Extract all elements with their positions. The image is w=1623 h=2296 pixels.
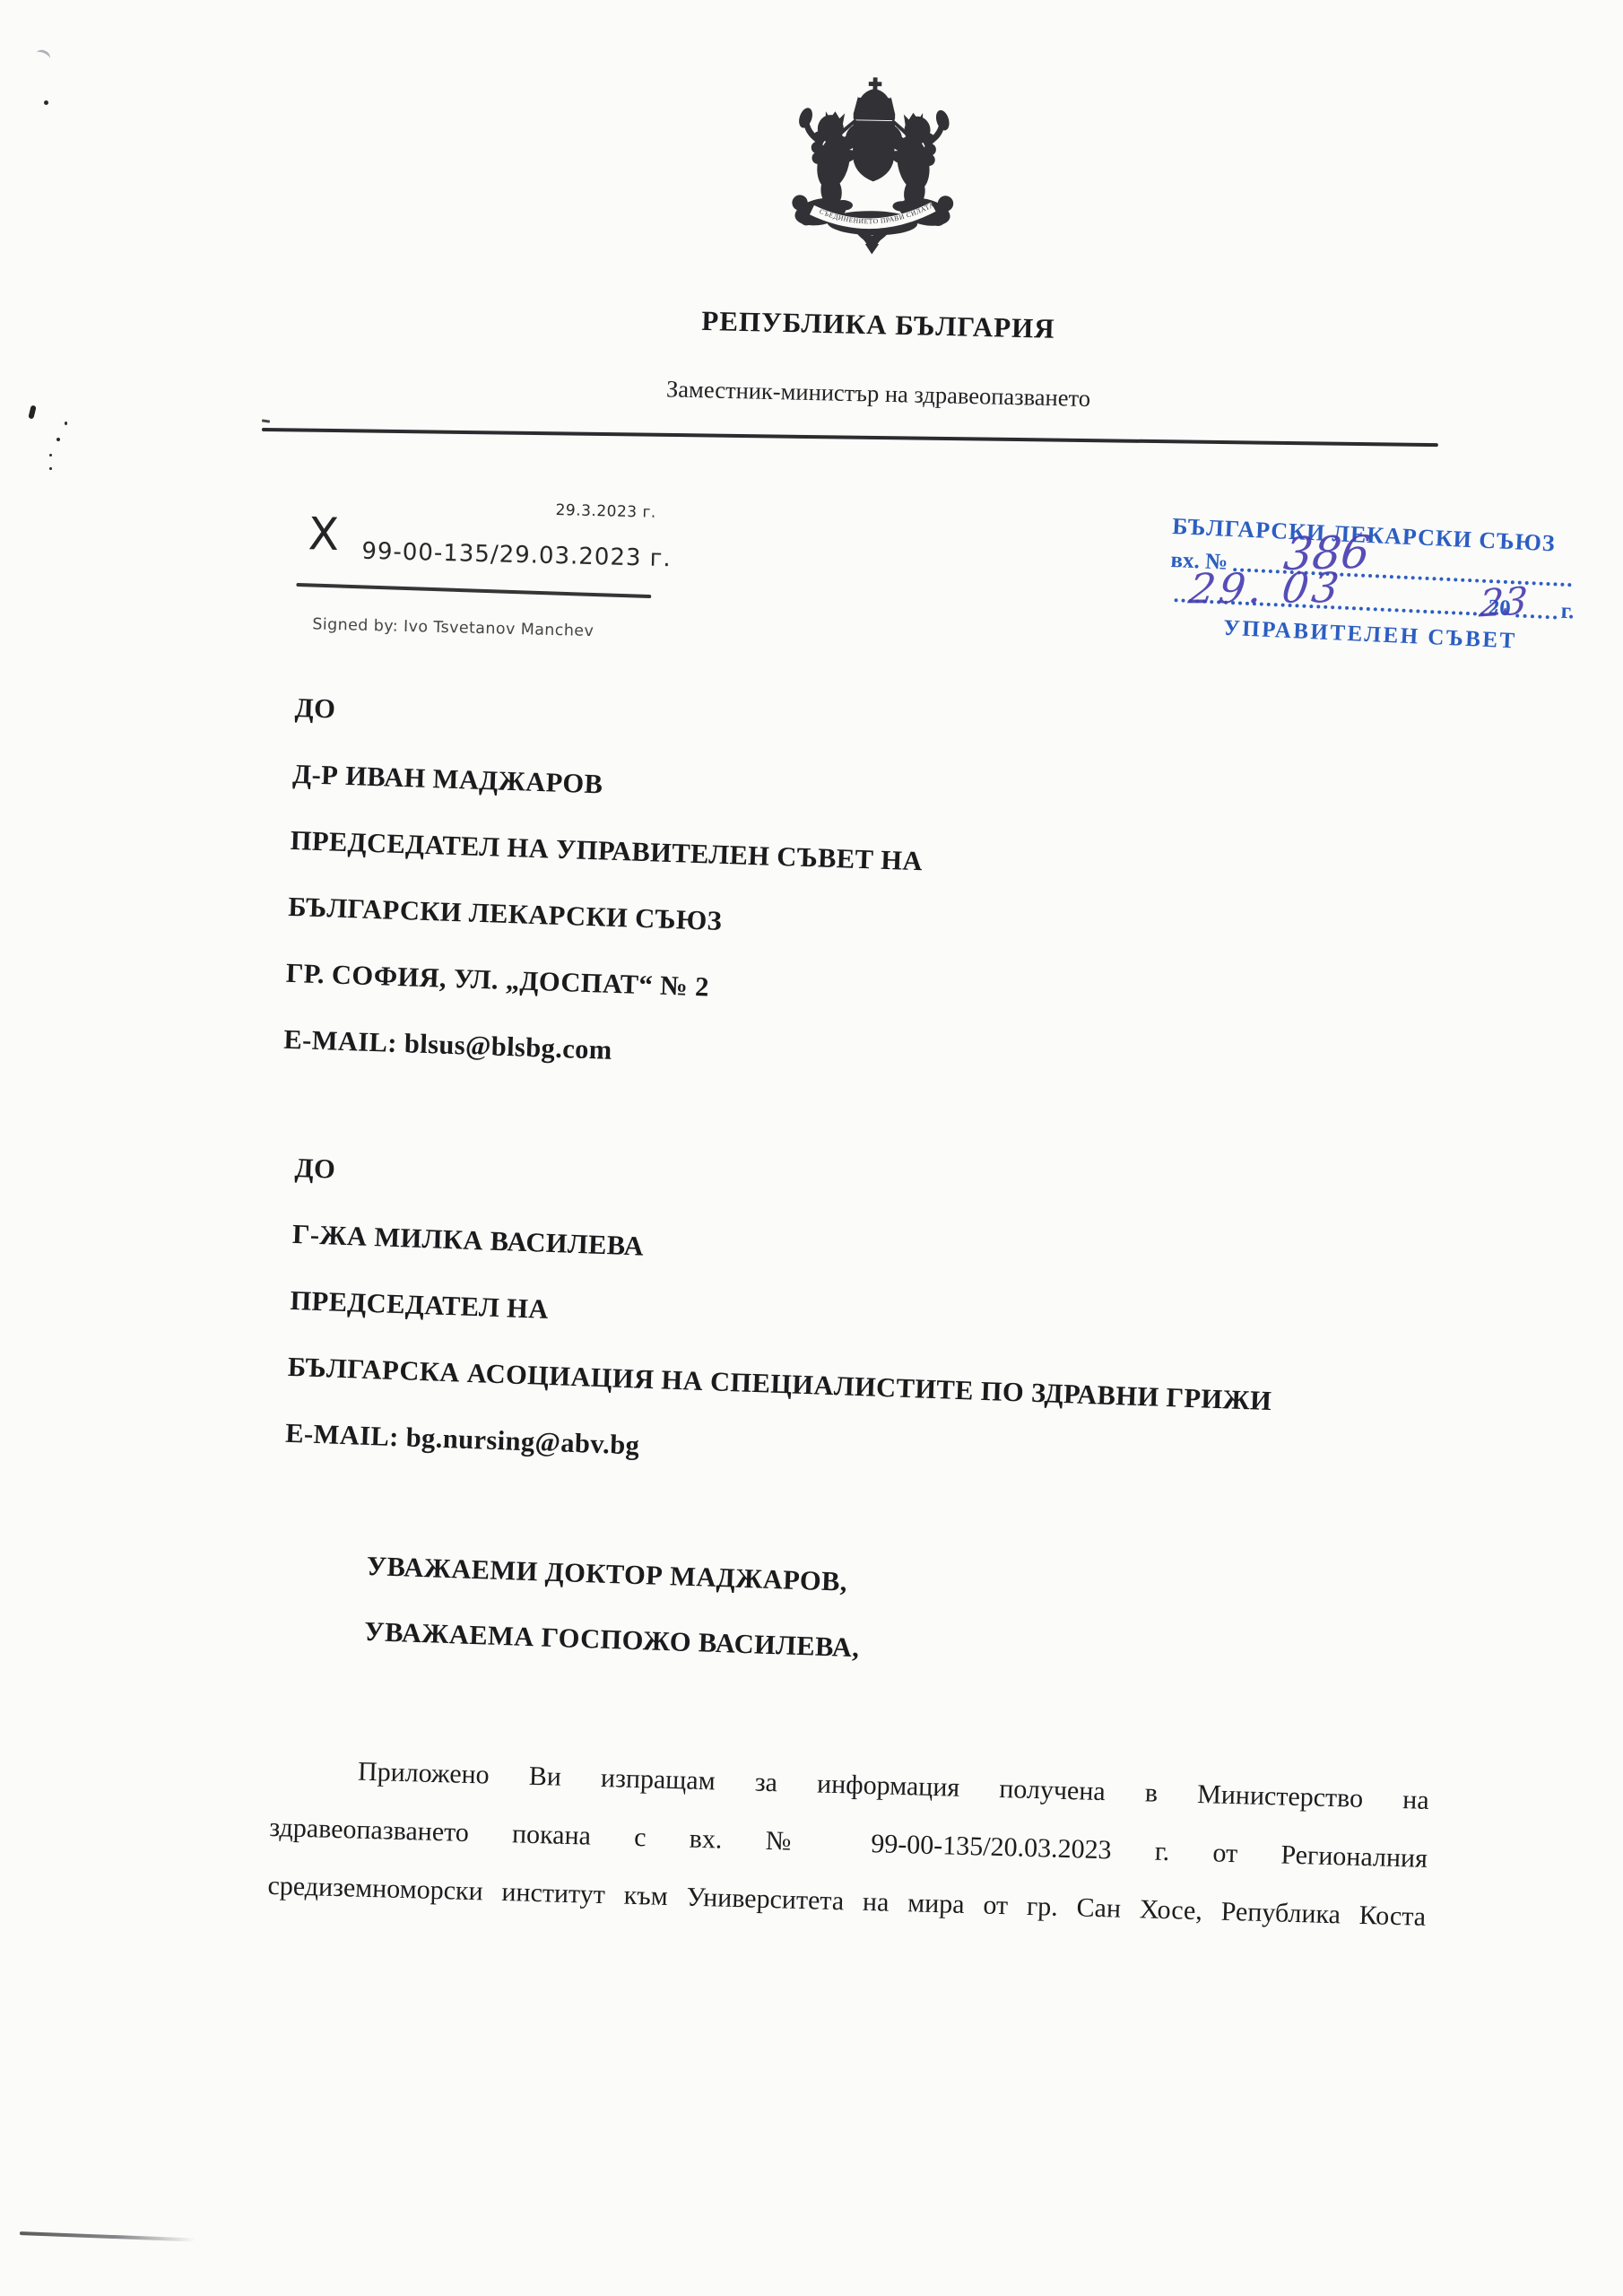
signature-date: 29.3.2023 г. bbox=[555, 501, 656, 522]
office-subtitle: Заместник-министър на здравеопазването bbox=[573, 373, 1184, 414]
scan-speck bbox=[56, 438, 60, 441]
bulgaria-coat-of-arms-icon: СЪЕДИНЕНИЕТО ПРАВИ СИЛАТА bbox=[768, 72, 979, 258]
registration-number: 99-00-135/29.03.2023 г. bbox=[361, 538, 672, 572]
republic-title: РЕПУБЛИКА БЪЛГАРИЯ bbox=[627, 303, 1130, 347]
recipient-block-1: ДО Д-Р ИВАН МАДЖАРОВ ПРЕДСЕДАТЕЛ НА УПРА… bbox=[282, 674, 928, 1093]
signature-x-mark: X bbox=[308, 508, 340, 561]
handwritten-year: 23 bbox=[1478, 578, 1529, 625]
scan-speck bbox=[65, 422, 67, 425]
handwritten-date: 29. 03 bbox=[1186, 563, 1346, 613]
recipient-block-2: ДО Г-ЖА МИЛКА ВАСИЛЕВА ПРЕДСЕДАТЕЛ НА БЪ… bbox=[284, 1135, 1280, 1500]
signed-by-text: Signed by: Ivo Tsvetanov Manchev bbox=[312, 615, 594, 640]
body-paragraph: Приложено Ви изпращам за информация полу… bbox=[267, 1740, 1430, 1946]
stamp-year-suffix: г. bbox=[1560, 599, 1575, 625]
scan-speck bbox=[262, 419, 270, 422]
scanned-letter-page: СЪЕДИНЕНИЕТО ПРАВИ СИЛАТА РЕПУБЛИКА БЪЛГ… bbox=[0, 0, 1623, 2296]
scan-speck bbox=[34, 48, 51, 63]
incoming-stamp: БЪЛГАРСКИ ЛЕКАРСКИ СЪЮЗ вх. № 20 г. УПРА… bbox=[1167, 513, 1578, 657]
scan-speck bbox=[44, 100, 48, 105]
salutation-block: УВАЖАЕМИ ДОКТОР МАДЖАРОВ, УВАЖАЕМА ГОСПО… bbox=[363, 1534, 863, 1681]
scan-speck bbox=[49, 454, 52, 457]
signature-underline bbox=[296, 583, 651, 598]
digital-signature-block: 29.3.2023 г. X 99-00-135/29.03.2023 г. S… bbox=[295, 491, 855, 666]
scan-speck bbox=[28, 404, 36, 419]
header-rule bbox=[262, 428, 1438, 447]
scan-edge-artifact bbox=[20, 2231, 195, 2241]
scan-speck bbox=[49, 467, 52, 470]
